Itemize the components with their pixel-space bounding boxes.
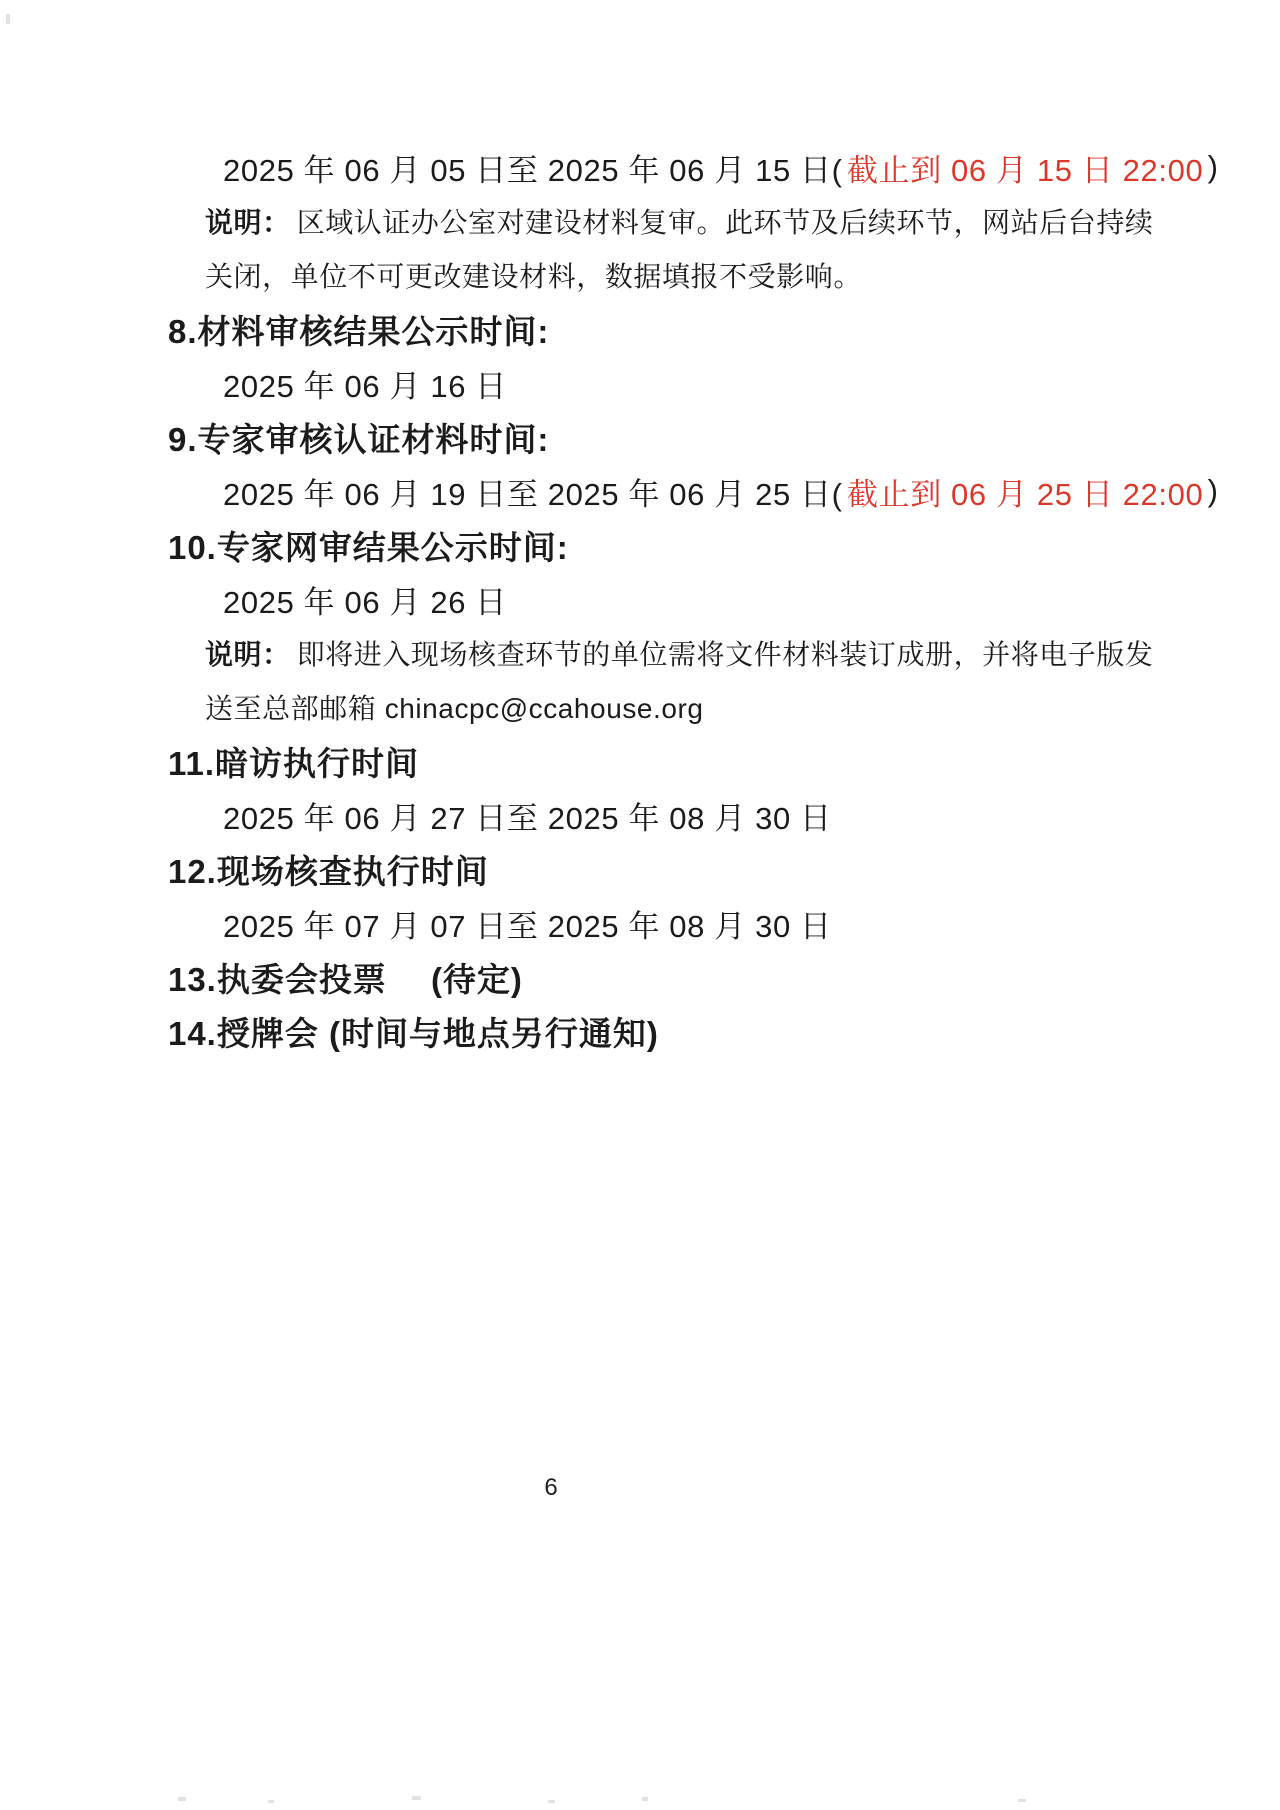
- item9-deadline-text: 截止到 06 月 25 日 22:00: [847, 469, 1203, 514]
- note2-label: 说明：: [205, 633, 291, 673]
- item12-heading: 12.现场核查执行时间: [168, 842, 1280, 896]
- item7-close-paren: ): [1208, 149, 1219, 185]
- item12-date-line: 2025 年 07 月 07 日至 2025 年 08 月 30 日: [223, 896, 1280, 950]
- scan-artifact: [642, 1797, 648, 1801]
- note1-text2: 关闭，单位不可更改建设材料，数据填报不受影响。: [205, 255, 862, 295]
- item8-date-line: 2025 年 06 月 16 日: [223, 356, 1280, 410]
- scan-artifact: [268, 1800, 274, 1803]
- item10-heading: 10.专家网审结果公示时间:: [168, 518, 1280, 572]
- item11-date-line: 2025 年 06 月 27 日至 2025 年 08 月 30 日: [223, 788, 1280, 842]
- item9-close-paren: ): [1208, 473, 1219, 509]
- item10-date-line: 2025 年 06 月 26 日: [223, 572, 1280, 626]
- item7-deadline-text: 截止到 06 月 15 日 22:00: [847, 145, 1203, 190]
- item13-heading: 13.执委会投票 (待定): [168, 950, 1280, 1004]
- item7-date-line: 2025 年 06 月 05 日至 2025 年 06 月 15 日(截止到 0…: [223, 140, 1280, 194]
- item7-date-range: 2025 年 06 月 05 日至 2025 年 06 月 15 日(: [223, 145, 843, 190]
- note1-text1: 区域认证办公室对建设材料复审。此环节及后续环节，网站后台持续: [297, 201, 1154, 241]
- item9-date-line: 2025 年 06 月 19 日至 2025 年 06 月 25 日(截止到 0…: [223, 464, 1280, 518]
- note2-line1: 说明：即将进入现场核查环节的单位需将文件材料装订成册，并将电子版发: [205, 626, 1280, 680]
- note2-line2-email: 送至总部邮箱 chinacpc@ccahouse.org: [205, 680, 1280, 734]
- scan-artifact: [548, 1800, 555, 1803]
- note2-text2: 送至总部邮箱 chinacpc@ccahouse.org: [205, 687, 704, 727]
- note1-line1: 说明：区域认证办公室对建设材料复审。此环节及后续环节，网站后台持续: [205, 194, 1280, 248]
- note1-label: 说明：: [205, 201, 291, 241]
- item9-heading: 9.专家审核认证材料时间:: [168, 410, 1280, 464]
- document-page: 2025 年 06 月 05 日至 2025 年 06 月 15 日(截止到 0…: [0, 0, 1280, 1810]
- item9-date-range: 2025 年 06 月 19 日至 2025 年 06 月 25 日(: [223, 469, 843, 514]
- scan-artifact: [412, 1796, 421, 1800]
- item8-heading: 8.材料审核结果公示时间:: [168, 302, 1280, 356]
- item11-heading: 11.暗访执行时间: [168, 734, 1280, 788]
- note2-text1: 即将进入现场核查环节的单位需将文件材料装订成册，并将电子版发: [297, 633, 1154, 673]
- document-content: 2025 年 06 月 05 日至 2025 年 06 月 15 日(截止到 0…: [0, 140, 1280, 1058]
- scan-artifact: [178, 1797, 186, 1801]
- note1-line2: 关闭，单位不可更改建设材料，数据填报不受影响。: [205, 248, 1280, 302]
- page-number: 6: [544, 1474, 557, 1502]
- scan-artifact: [6, 14, 10, 24]
- item14-heading: 14.授牌会 (时间与地点另行通知): [168, 1004, 1280, 1058]
- scan-artifact: [1018, 1799, 1026, 1802]
